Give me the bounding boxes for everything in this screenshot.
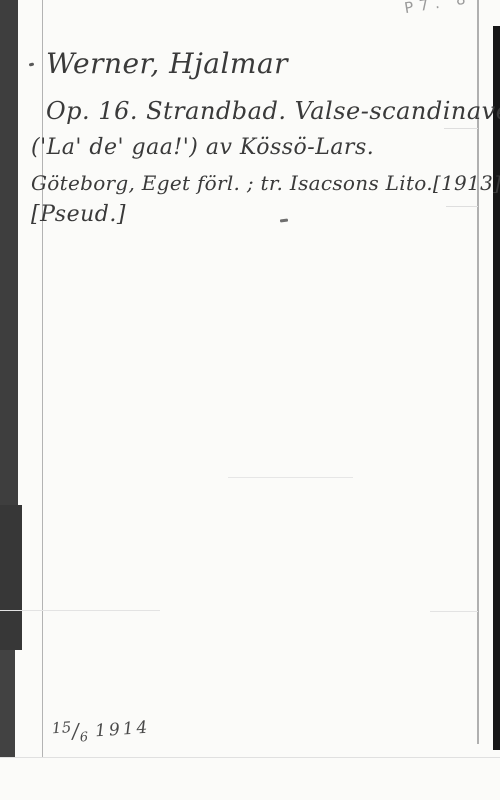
card-line-opus-title: Op. 16. Strandbad. Valse-scandinave (46, 97, 500, 125)
accession-date-month: 6 (79, 730, 89, 746)
scan-edge-left-mid (0, 505, 22, 650)
scan-edge-left (0, 0, 18, 505)
card-line-subtitle-pseudonym: ('La' de' gaa!') av Kössö-Lars. (31, 135, 374, 160)
faint-rule (430, 611, 478, 612)
card-line-pseud-note: [Pseud.] (31, 202, 126, 227)
pencil-corner-mark: P7. 8 (403, 0, 473, 17)
card-bottom-edge-line (0, 757, 500, 758)
faint-rule (446, 206, 478, 207)
card-margin-line-left (42, 0, 43, 757)
accession-date-day: 15 (51, 718, 72, 737)
scanned-catalog-card: P7. 8 Werner, Hjalmar Op. 16. Strandbad.… (0, 0, 500, 800)
accession-date-year: 1914 (95, 718, 152, 742)
author-heading: Werner, Hjalmar (46, 47, 288, 80)
faint-rule (444, 128, 478, 129)
card-line-imprint: Göteborg, Eget förl. ; tr. Isacsons Lito… (31, 171, 500, 195)
faint-rule (228, 477, 353, 478)
faint-rule (0, 610, 160, 611)
margin-dot-mark (29, 62, 35, 66)
stray-ink-mark (280, 218, 288, 222)
accession-date: 15/61914 (51, 713, 151, 748)
scan-edge-right (493, 26, 500, 750)
scan-edge-left-bottom (0, 650, 15, 757)
